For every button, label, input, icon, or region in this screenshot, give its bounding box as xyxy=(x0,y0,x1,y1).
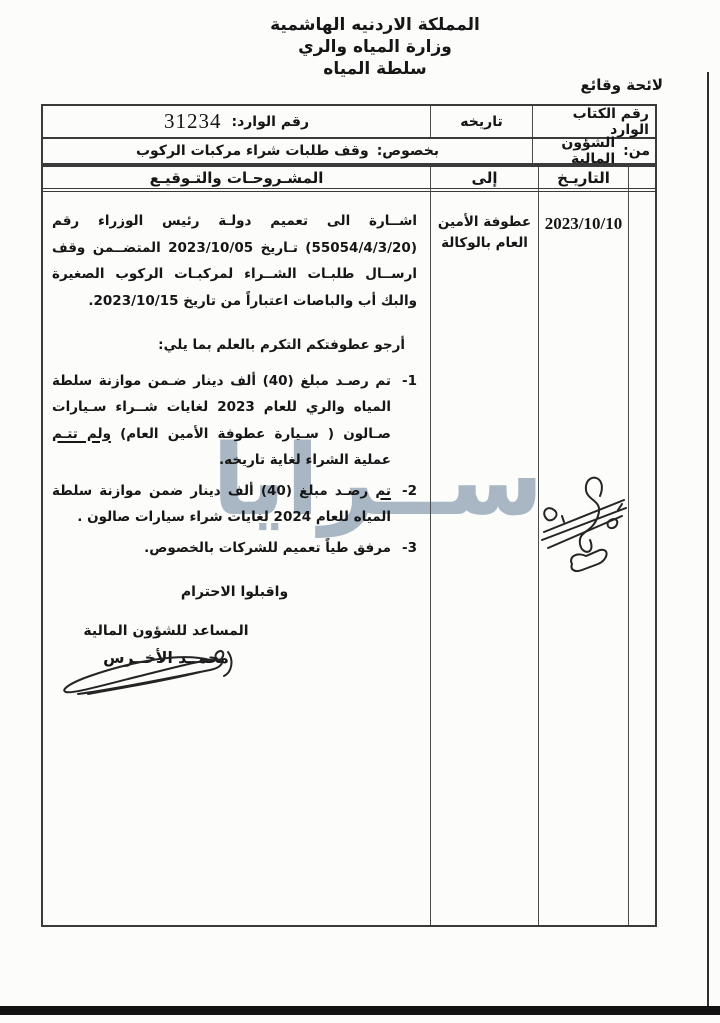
kingdom-title: المملكة الاردنيه الهاشمية xyxy=(30,14,720,36)
date-column-header: التاريـخ xyxy=(539,167,628,192)
ministry-title: وزارة المياه والري xyxy=(30,36,720,58)
closing-salutation: واقبلوا الاحترام xyxy=(52,579,417,606)
list-item-2-underlined: تم xyxy=(375,483,391,499)
its-date-cell: تاريخه xyxy=(430,106,532,137)
list-item-1: 1- تم رصـد مبلغ (40) ألف دينار ضـمن مواز… xyxy=(52,368,417,474)
date-value: 2023/10/10 xyxy=(539,214,628,234)
date-column-body: 2023/10/10 xyxy=(539,192,628,925)
list-item-2-number: 2- xyxy=(391,478,417,531)
notes-column-header: المشـروحـات والتـوقيـع xyxy=(43,167,430,192)
list-item-2-text: تم رصـد مبلغ (40) ألف دينار ضمن موازنة س… xyxy=(52,478,391,531)
list-item-3-number: 3- xyxy=(391,535,417,562)
margin-column xyxy=(628,167,655,925)
doc-type-label: لائحة وقائع xyxy=(580,76,663,94)
scan-edge-vertical xyxy=(707,72,709,1012)
from-cell: من: الشؤون المالية xyxy=(532,139,655,163)
subject-label: بخصوص: xyxy=(377,143,439,159)
incoming-seq-value: 31234 xyxy=(164,109,222,134)
signer-signature-scribble xyxy=(50,644,240,696)
from-label: من: xyxy=(623,143,650,159)
list-item-3-text: مرفق طياً تعميم للشركات بالخصوص. xyxy=(52,535,391,562)
margin-column-header xyxy=(629,167,655,192)
incoming-letter-no-cell: رقم الكتاب الوارد xyxy=(532,106,655,137)
list-item-1-text: تم رصـد مبلغ (40) ألف دينار ضـمن موازنة … xyxy=(52,368,391,474)
approval-signature-scribble xyxy=(538,468,628,586)
list-item-1-number: 1- xyxy=(391,368,417,474)
addressee: عطوفة الأمين العام بالوكالة xyxy=(431,212,538,254)
date-column: التاريـخ 2023/10/10 xyxy=(538,167,628,925)
request-paragraph: أرجو عطوفتكم التكرم بالعلم بما يلي: xyxy=(52,332,417,359)
signer-title: المساعد للشؤون المالية xyxy=(62,618,270,645)
subject-value: وقف طلبات شراء مركبات الركوب xyxy=(136,143,369,159)
to-column: إلى عطوفة الأمين العام بالوكالة xyxy=(430,167,538,925)
list-item-1-underlined: ولم تتـم xyxy=(52,426,111,442)
letterhead: المملكة الاردنيه الهاشمية وزارة المياه و… xyxy=(30,14,720,80)
registration-table: رقم الكتاب الوارد تاريخه رقم الوارد: 312… xyxy=(41,104,657,165)
list-item-3-pre: مرفق طياً تعميم للشركات بالخصوص. xyxy=(144,540,391,556)
margin-column-body xyxy=(629,192,655,925)
scanned-memo-page: ســرايا المملكة الاردنيه الهاشمية وزارة … xyxy=(0,0,720,1023)
to-column-header: إلى xyxy=(431,167,538,192)
registration-row-2: من: الشؤون المالية بخصوص: وقف طلبات شراء… xyxy=(43,139,655,163)
scan-edge-bottom xyxy=(0,1006,720,1015)
incoming-seq-cell: رقم الوارد: 31234 xyxy=(43,106,430,137)
notes-column: المشـروحـات والتـوقيـع اشــارة الى تعميم… xyxy=(43,167,430,925)
list-item-2: 2- تم رصـد مبلغ (40) ألف دينار ضمن موازن… xyxy=(52,478,417,531)
incoming-seq-label: رقم الوارد: xyxy=(231,114,309,130)
letter-body: اشــارة الى تعميم دولـة رئيس الوزراء رقم… xyxy=(43,192,430,925)
to-column-body: عطوفة الأمين العام بالوكالة xyxy=(431,192,538,925)
from-value: الشؤون المالية xyxy=(533,135,615,167)
list-item-3: 3- مرفق طياً تعميم للشركات بالخصوص. xyxy=(52,535,417,562)
list-item-1-post: عملية الشراء لغاية تاريخه. xyxy=(219,452,391,468)
routing-table: التاريـخ 2023/10/10 xyxy=(41,165,657,927)
signature-block: المساعد للشؤون المالية محمــد الأخــرس xyxy=(62,618,270,672)
list-item-2-post: رصـد مبلغ (40) ألف دينار ضمن موازنة سلطة… xyxy=(52,483,391,526)
reference-paragraph: اشــارة الى تعميم دولـة رئيس الوزراء رقم… xyxy=(52,208,417,314)
subject-cell: بخصوص: وقف طلبات شراء مركبات الركوب xyxy=(43,139,532,163)
